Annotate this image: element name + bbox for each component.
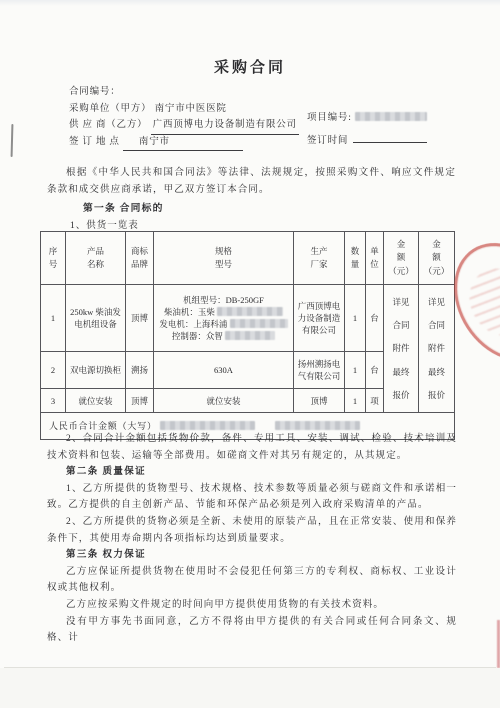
scan-background-bottom bbox=[0, 668, 500, 708]
supplier-value: 广西顶博电力设备制造有限公司 bbox=[151, 117, 299, 135]
amount-note-cell: 详见 合同 附件 最终 报价 bbox=[419, 285, 455, 413]
page-title: 采购合同 bbox=[0, 56, 500, 77]
table-header-row: 序 号 产品 名称 商标 品牌 规格 型号 生产 厂家 数 量 单 位 金 额 … bbox=[41, 232, 455, 285]
row2-brand: 溯扬 bbox=[126, 352, 154, 389]
header-qty: 数 量 bbox=[345, 232, 366, 285]
header-maker: 生产 厂家 bbox=[294, 232, 345, 285]
contract-clauses: 2、合同合计金额包括货物价款，备件、专用工具、安装、调试、检验、技术培训及技术资… bbox=[47, 431, 457, 647]
row1-unit: 台 bbox=[366, 285, 384, 352]
intro-paragraph: 根据《中华人民共和国合同法》等法律、法规规定，按照采购文件、响应文件规定条款和成… bbox=[47, 165, 456, 199]
row3-brand: 顶博 bbox=[126, 389, 154, 413]
redacted-total-amount bbox=[160, 421, 255, 430]
row2-unit: 台 bbox=[366, 352, 384, 389]
table-row: 1 250kw 柴油发电机组设备 顶博 机组型号：DB-250GF 柴油机：玉柴… bbox=[41, 285, 455, 352]
spec-line: 控制器：众智 bbox=[156, 330, 291, 342]
row1-brand: 顶博 bbox=[126, 285, 154, 352]
row2-maker: 扬州溯扬电气有限公司 bbox=[294, 352, 345, 389]
row3-product-name: 就位安装 bbox=[66, 389, 126, 413]
scanned-contract-page: { "page": { "title": "采购合同" }, "header":… bbox=[0, 0, 500, 708]
spec-line: 机组型号：DB-250GF bbox=[156, 294, 291, 306]
row3-unit: 项 bbox=[366, 389, 384, 413]
sign-place-label: 签 订 地 点 bbox=[69, 137, 120, 147]
buyer-label: 采购单位（甲方） bbox=[69, 104, 151, 114]
buyer-line: 采购单位（甲方） 南宁市中医医院 bbox=[69, 101, 299, 118]
row1-maker: 广西顶博电力设备制造有限公司 bbox=[294, 285, 345, 352]
project-number-label: 项目编号: bbox=[307, 113, 352, 123]
total-amount-label: 人民币合计金额（大写） bbox=[49, 421, 157, 431]
clause-paragraph: 乙方应保证所提供货物在使用时不会侵犯任何第三方的专利权、商标权、工业设计权或其他… bbox=[47, 564, 457, 597]
seal-ink-texture bbox=[457, 257, 500, 348]
row3-qty: 1 bbox=[345, 389, 366, 413]
amount-note: 详见 合同 附件 最终 报价 bbox=[421, 291, 452, 407]
row1-product-name: 250kw 柴油发电机组设备 bbox=[66, 285, 126, 352]
row3-spec: 就位安装 bbox=[154, 389, 294, 413]
header-spec: 规格 型号 bbox=[154, 232, 294, 285]
section2-heading: 第二条 质量保证 bbox=[47, 464, 457, 481]
sign-time-blank bbox=[353, 132, 427, 143]
sign-place-line: 签 订 地 点 南宁市 bbox=[69, 134, 299, 151]
row2-product-name: 双电源切换柜 bbox=[66, 352, 126, 389]
row2-qty: 1 bbox=[345, 352, 366, 389]
header-amount-2: 金 额 （元） bbox=[419, 232, 455, 285]
clause-paragraph: 2、乙方所提供的货物必须是全新、未使用的原装产品，且在正常安装、使用和保养条件下… bbox=[47, 514, 457, 547]
row2-seq: 2 bbox=[41, 352, 66, 389]
sign-time-field: 签订时间 bbox=[307, 132, 427, 146]
amount-note-cell: 详见 合同 附件 最终 报价 bbox=[384, 285, 419, 413]
redacted-alternator-model bbox=[230, 319, 288, 328]
header-seq: 序 号 bbox=[41, 232, 66, 285]
amount-note: 详见 合同 附件 最终 报价 bbox=[386, 291, 416, 407]
clause-paragraph: 1、乙方所提供的货物型号、技术规格、技术参数等质量必须与磋商文件和承诺相一致。乙… bbox=[47, 481, 457, 514]
scan-edge-top bbox=[0, 0, 500, 6]
supply-table: 序 号 产品 名称 商标 品牌 规格 型号 生产 厂家 数 量 单 位 金 额 … bbox=[40, 231, 455, 440]
spec-line: 柴油机：玉柴 bbox=[156, 306, 291, 318]
sign-time-label: 签订时间 bbox=[307, 136, 348, 146]
header-product-name: 产品 名称 bbox=[66, 232, 126, 285]
contract-number-label: 合同编号： bbox=[69, 87, 121, 97]
supply-list-label: 1、供货一览表 bbox=[70, 217, 139, 231]
clause-paragraph: 没有甲方事先书面同意，乙方不得将由甲方提供的有关合同或任何合同条文、规格、计 bbox=[47, 614, 457, 647]
header-amount-1: 金 额 （元） bbox=[384, 232, 419, 285]
section3-heading: 第三条 权力保证 bbox=[47, 547, 457, 564]
row2-spec: 630A bbox=[154, 352, 294, 389]
row1-seq: 1 bbox=[41, 285, 66, 352]
row3-maker: 顶博 bbox=[294, 389, 345, 413]
row3-seq: 3 bbox=[41, 389, 66, 413]
header-brand: 商标 品牌 bbox=[126, 232, 154, 285]
section1-heading: 第一条 合同标的 bbox=[83, 200, 164, 214]
spec-line: 发电机：上海科浦 bbox=[156, 318, 291, 330]
redacted-controller-model bbox=[225, 331, 275, 340]
sign-place-value: 南宁市 bbox=[123, 134, 243, 152]
contract-header-fields: 合同编号： 采购单位（甲方） 南宁市中医医院 供 应 商（乙方） 广西顶博电力设… bbox=[69, 84, 299, 150]
project-number-field: 项目编号: bbox=[307, 109, 427, 123]
supplier-line: 供 应 商（乙方） 广西顶博电力设备制造有限公司 bbox=[69, 117, 299, 134]
redacted-total-amount bbox=[275, 421, 360, 430]
redacted-project-number bbox=[355, 112, 427, 121]
clause-paragraph: 乙方应按采购文件规定的时间向甲方提供使用货物的有关技术资料。 bbox=[47, 597, 457, 614]
staple-mark bbox=[11, 124, 14, 157]
row1-qty: 1 bbox=[345, 285, 366, 352]
contract-number-line: 合同编号： bbox=[69, 84, 299, 101]
redacted-engine-model bbox=[217, 307, 283, 316]
header-unit: 单 位 bbox=[366, 232, 384, 285]
clause-paragraph: 2、合同合计金额包括货物价款，备件、专用工具、安装、调试、检验、技术培训及技术资… bbox=[47, 431, 457, 464]
buyer-value: 南宁市中医医院 bbox=[155, 104, 227, 114]
supplier-label: 供 应 商（乙方） bbox=[69, 120, 147, 130]
row1-spec: 机组型号：DB-250GF 柴油机：玉柴 发电机：上海科浦 控制器：众智 bbox=[154, 285, 294, 352]
